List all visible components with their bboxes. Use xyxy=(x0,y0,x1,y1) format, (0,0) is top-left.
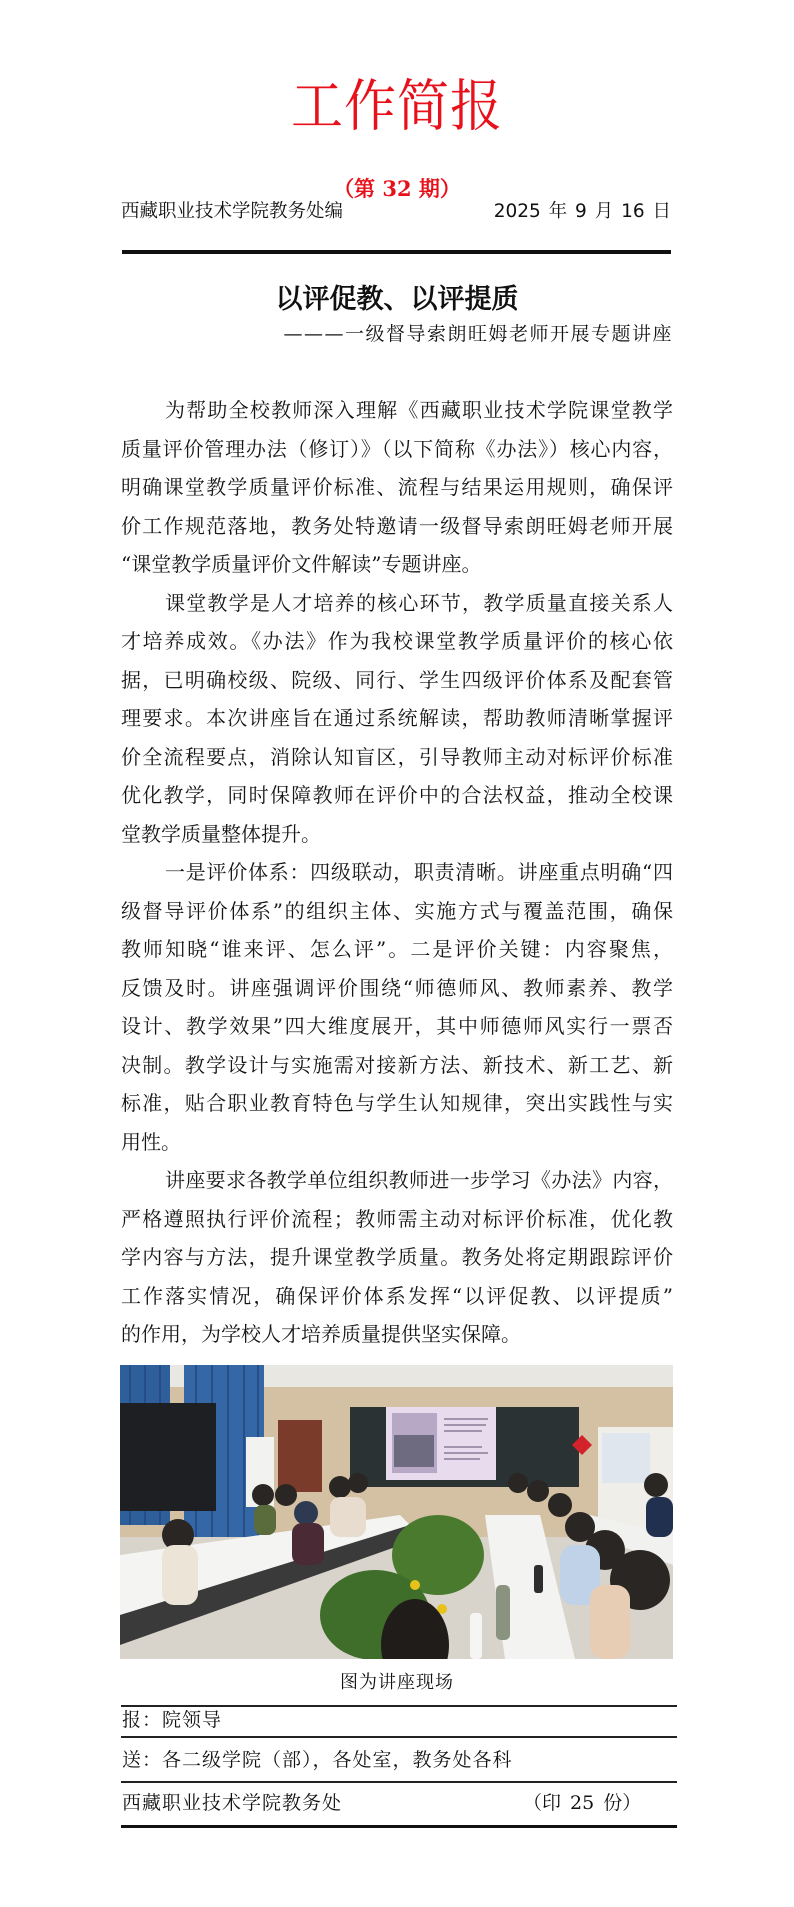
footer-divider xyxy=(121,1736,677,1738)
paragraph-line: 严格遵照执行评价流程；教师需主动对标评价标准，优化教 xyxy=(121,1200,673,1239)
paragraph-line: 一是评价体系：四级联动，职责清晰。讲座重点明确“四 xyxy=(121,853,673,892)
paragraph-line: 教师知晓“谁来评、怎么评”。二是评价关键：内容聚焦， xyxy=(121,930,673,969)
article-body: 为帮助全校教师深入理解《西藏职业技术学院课堂教学 质量评价管理办法（修订）》（以… xyxy=(121,391,673,1354)
issue-number: （第 32 期） xyxy=(0,174,794,204)
masthead-divider xyxy=(122,250,671,254)
editor-label: 西藏职业技术学院教务处编 xyxy=(121,199,343,225)
paragraph-line: 才培养成效。《办法》作为我校课堂教学质量评价的核心依 xyxy=(121,622,673,661)
paragraph-line: 明确课堂教学质量评价标准、流程与结果运用规则，确保评 xyxy=(121,468,673,507)
paragraph-line: 价工作规范落地，教务处特邀请一级督导索朗旺姆老师开展 xyxy=(121,507,673,546)
paragraph-line: 堂教学质量整体提升。 xyxy=(121,815,673,854)
report-to: 报：院领导 xyxy=(122,1705,222,1735)
paragraph-line: 课堂教学是人才培养的核心环节，教学质量直接关系人 xyxy=(121,584,673,623)
publish-date: 2025 年 9 月 16 日 xyxy=(494,199,671,225)
paragraph-line: 优化教学，同时保障教师在评价中的合法权益，推动全校课 xyxy=(121,776,673,815)
paragraph-line: 据，已明确校级、院级、同行、学生四级评价体系及配套管 xyxy=(121,661,673,700)
footer-divider xyxy=(121,1781,677,1783)
print-copies: （印 25 份） xyxy=(523,1788,641,1818)
article-headline: 以评促教、以评提质 xyxy=(0,280,794,320)
paragraph-line: 决制。教学设计与实施需对接新方法、新技术、新工艺、新 xyxy=(121,1046,673,1085)
paragraph-line: 质量评价管理办法（修订）》（以下简称《办法》）核心内容， xyxy=(121,430,673,469)
article-subheadline: ———一级督导索朗旺姆老师开展专题讲座 xyxy=(283,319,673,349)
paragraph-line: 级督导评价体系”的组织主体、实施方式与覆盖范围，确保 xyxy=(121,892,673,931)
paragraph-line: 理要求。本次讲座旨在通过系统解读，帮助教师清晰掌握评 xyxy=(121,699,673,738)
paragraph-line: “课堂教学质量评价文件解读”专题讲座。 xyxy=(121,545,673,584)
send-to: 送：各二级学院（部），各处室，教务处各科 xyxy=(122,1745,513,1775)
paragraph-line: 反馈及时。讲座强调评价围绕“师德师风、教师素养、教学 xyxy=(121,969,673,1008)
paragraph-line: 为帮助全校教师深入理解《西藏职业技术学院课堂教学 xyxy=(121,391,673,430)
paragraph-line: 的作用，为学校人才培养质量提供坚实保障。 xyxy=(121,1315,673,1354)
paragraph-line: 工作落实情况，确保评价体系发挥“以评促教、以评提质” xyxy=(121,1277,673,1316)
paragraph-line: 学内容与方法，提升课堂教学质量。教务处将定期跟踪评价 xyxy=(121,1238,673,1277)
lecture-photo xyxy=(120,1365,673,1659)
masthead-title: 工作简报 xyxy=(0,69,794,145)
paragraph-line: 设计、教学效果”四大维度展开，其中师德师风实行一票否 xyxy=(121,1007,673,1046)
paragraph-line: 标准，贴合职业教育特色与学生认知规律，突出实践性与实 xyxy=(121,1084,673,1123)
paragraph-line: 用性。 xyxy=(121,1123,673,1162)
issuer: 西藏职业技术学院教务处 xyxy=(122,1788,342,1818)
paragraph-line: 讲座要求各教学单位组织教师进一步学习《办法》内容， xyxy=(121,1161,673,1200)
footer-divider-bottom xyxy=(121,1825,677,1828)
paragraph-line: 价全流程要点，消除认知盲区，引导教师主动对标评价标准 xyxy=(121,738,673,777)
photo-caption: 图为讲座现场 xyxy=(0,1668,794,1698)
